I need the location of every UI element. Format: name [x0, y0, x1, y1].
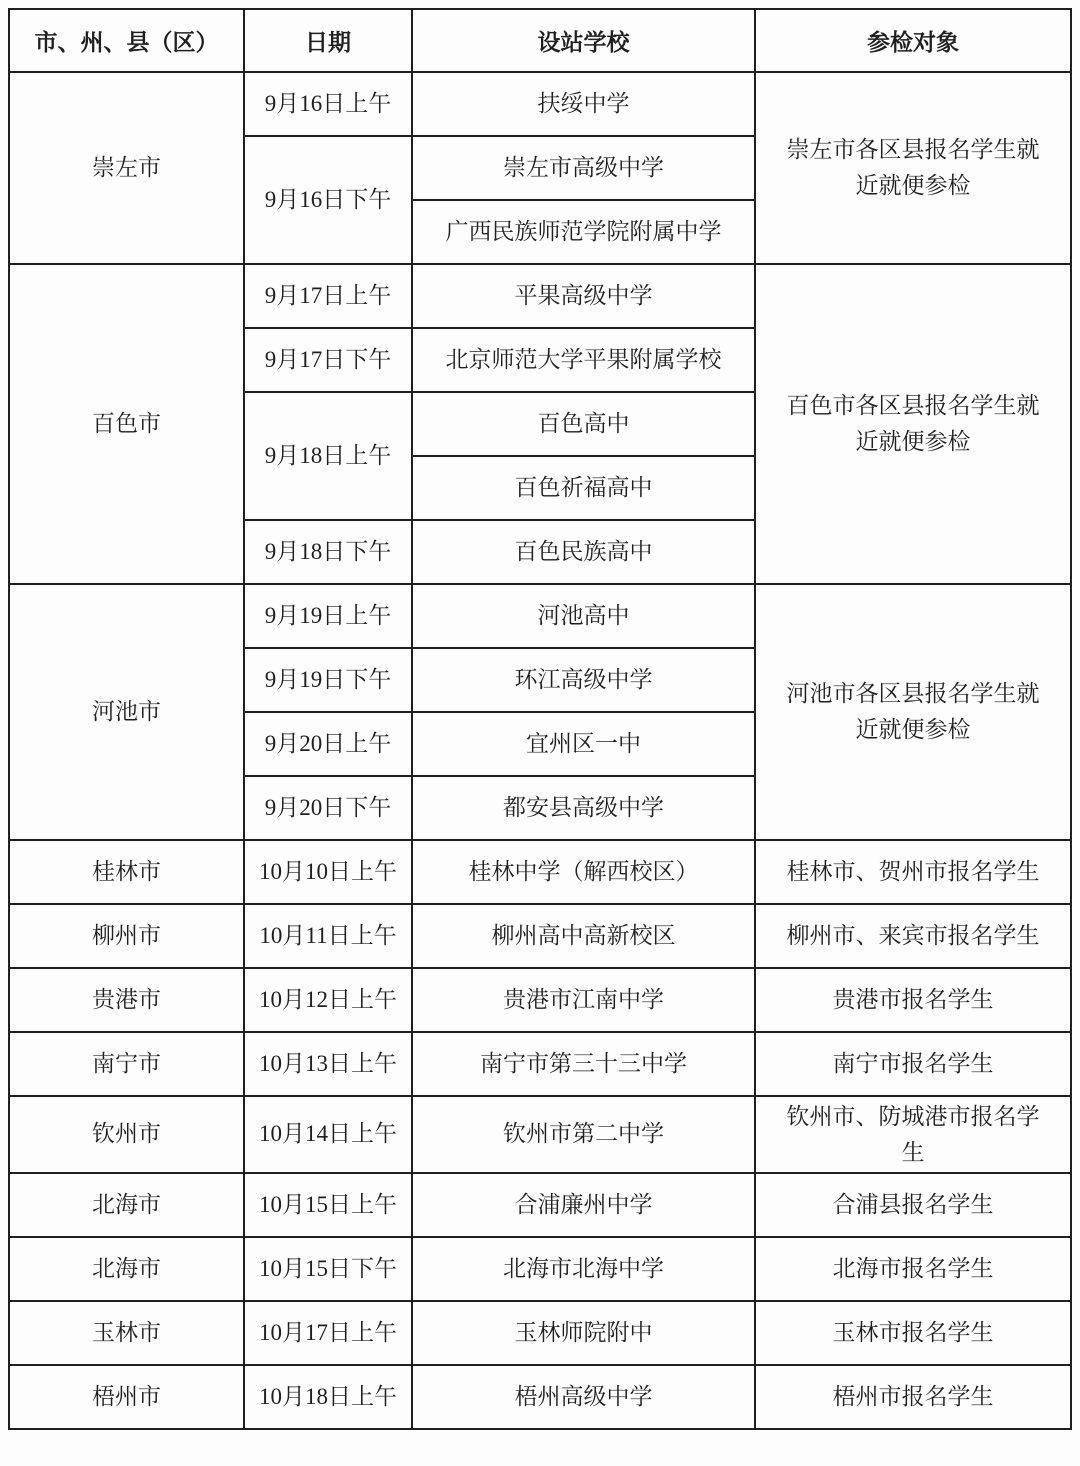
- school-cell: 钦州市第二中学: [412, 1096, 755, 1173]
- date-cell: 10月12日上午: [244, 968, 412, 1032]
- date-cell: 10月18日上午: [244, 1365, 412, 1429]
- school-cell: 都安县高级中学: [412, 776, 755, 840]
- city-cell: 北海市: [9, 1173, 244, 1237]
- table-row: 崇左市9月16日上午扶绥中学崇左市各区县报名学生就近就便参检: [9, 72, 1071, 136]
- school-cell: 百色民族高中: [412, 520, 755, 584]
- school-cell: 北京师范大学平果附属学校: [412, 328, 755, 392]
- target-cell: 贵港市报名学生: [755, 968, 1071, 1032]
- table-row: 桂林市10月10日上午桂林中学（解西校区）桂林市、贺州市报名学生: [9, 840, 1071, 904]
- date-cell: 10月15日下午: [244, 1237, 412, 1301]
- table-row: 玉林市10月17日上午玉林师院附中玉林市报名学生: [9, 1301, 1071, 1365]
- table-row: 柳州市10月11日上午柳州高中高新校区柳州市、来宾市报名学生: [9, 904, 1071, 968]
- city-cell: 北海市: [9, 1237, 244, 1301]
- date-cell: 10月14日上午: [244, 1096, 412, 1173]
- city-cell: 百色市: [9, 264, 244, 584]
- schedule-table: 市、州、县（区）日期设站学校参检对象 崇左市9月16日上午扶绥中学崇左市各区县报…: [8, 8, 1072, 1430]
- table-row: 梧州市10月18日上午梧州高级中学梧州市报名学生: [9, 1365, 1071, 1429]
- date-cell: 9月18日上午: [244, 392, 412, 520]
- date-cell: 10月13日上午: [244, 1032, 412, 1096]
- school-cell: 贵港市江南中学: [412, 968, 755, 1032]
- city-cell: 柳州市: [9, 904, 244, 968]
- date-cell: 9月17日上午: [244, 264, 412, 328]
- header-row: 市、州、县（区）日期设站学校参检对象: [9, 9, 1071, 72]
- school-cell: 梧州高级中学: [412, 1365, 755, 1429]
- school-cell: 南宁市第三十三中学: [412, 1032, 755, 1096]
- school-cell: 桂林中学（解西校区）: [412, 840, 755, 904]
- target-cell: 河池市各区县报名学生就近就便参检: [755, 584, 1071, 840]
- table-row: 钦州市10月14日上午钦州市第二中学钦州市、防城港市报名学生: [9, 1096, 1071, 1173]
- column-header: 参检对象: [755, 9, 1071, 72]
- table-head: 市、州、县（区）日期设站学校参检对象: [9, 9, 1071, 72]
- school-cell: 平果高级中学: [412, 264, 755, 328]
- city-cell: 钦州市: [9, 1096, 244, 1173]
- date-cell: 9月19日上午: [244, 584, 412, 648]
- column-header: 设站学校: [412, 9, 755, 72]
- date-cell: 9月19日下午: [244, 648, 412, 712]
- target-cell: 南宁市报名学生: [755, 1032, 1071, 1096]
- city-cell: 梧州市: [9, 1365, 244, 1429]
- date-cell: 10月11日上午: [244, 904, 412, 968]
- school-cell: 宜州区一中: [412, 712, 755, 776]
- date-cell: 9月20日下午: [244, 776, 412, 840]
- date-cell: 9月16日下午: [244, 136, 412, 264]
- target-cell: 梧州市报名学生: [755, 1365, 1071, 1429]
- school-cell: 北海市北海中学: [412, 1237, 755, 1301]
- target-cell: 合浦县报名学生: [755, 1173, 1071, 1237]
- target-cell: 崇左市各区县报名学生就近就便参检: [755, 72, 1071, 264]
- table-row: 贵港市10月12日上午贵港市江南中学贵港市报名学生: [9, 968, 1071, 1032]
- date-cell: 9月16日上午: [244, 72, 412, 136]
- date-cell: 10月15日上午: [244, 1173, 412, 1237]
- school-cell: 百色祈福高中: [412, 456, 755, 520]
- school-cell: 玉林师院附中: [412, 1301, 755, 1365]
- date-cell: 10月10日上午: [244, 840, 412, 904]
- column-header: 市、州、县（区）: [9, 9, 244, 72]
- table-row: 北海市10月15日上午合浦廉州中学合浦县报名学生: [9, 1173, 1071, 1237]
- target-cell: 北海市报名学生: [755, 1237, 1071, 1301]
- column-header: 日期: [244, 9, 412, 72]
- city-cell: 玉林市: [9, 1301, 244, 1365]
- target-cell: 玉林市报名学生: [755, 1301, 1071, 1365]
- date-cell: 9月20日上午: [244, 712, 412, 776]
- school-cell: 广西民族师范学院附属中学: [412, 200, 755, 264]
- school-cell: 环江高级中学: [412, 648, 755, 712]
- school-cell: 崇左市高级中学: [412, 136, 755, 200]
- date-cell: 9月18日下午: [244, 520, 412, 584]
- table-row: 百色市9月17日上午平果高级中学百色市各区县报名学生就近就便参检: [9, 264, 1071, 328]
- city-cell: 崇左市: [9, 72, 244, 264]
- school-cell: 扶绥中学: [412, 72, 755, 136]
- page: 市、州、县（区）日期设站学校参检对象 崇左市9月16日上午扶绥中学崇左市各区县报…: [0, 0, 1080, 1466]
- table-body: 崇左市9月16日上午扶绥中学崇左市各区县报名学生就近就便参检9月16日下午崇左市…: [9, 72, 1071, 1429]
- target-cell: 百色市各区县报名学生就近就便参检: [755, 264, 1071, 584]
- city-cell: 贵港市: [9, 968, 244, 1032]
- date-cell: 10月17日上午: [244, 1301, 412, 1365]
- city-cell: 河池市: [9, 584, 244, 840]
- city-cell: 南宁市: [9, 1032, 244, 1096]
- city-cell: 桂林市: [9, 840, 244, 904]
- target-cell: 钦州市、防城港市报名学生: [755, 1096, 1071, 1173]
- target-cell: 柳州市、来宾市报名学生: [755, 904, 1071, 968]
- table-row: 河池市9月19日上午河池高中河池市各区县报名学生就近就便参检: [9, 584, 1071, 648]
- school-cell: 百色高中: [412, 392, 755, 456]
- date-cell: 9月17日下午: [244, 328, 412, 392]
- target-cell: 桂林市、贺州市报名学生: [755, 840, 1071, 904]
- table-row: 北海市10月15日下午北海市北海中学北海市报名学生: [9, 1237, 1071, 1301]
- table-row: 南宁市10月13日上午南宁市第三十三中学南宁市报名学生: [9, 1032, 1071, 1096]
- school-cell: 柳州高中高新校区: [412, 904, 755, 968]
- school-cell: 合浦廉州中学: [412, 1173, 755, 1237]
- school-cell: 河池高中: [412, 584, 755, 648]
